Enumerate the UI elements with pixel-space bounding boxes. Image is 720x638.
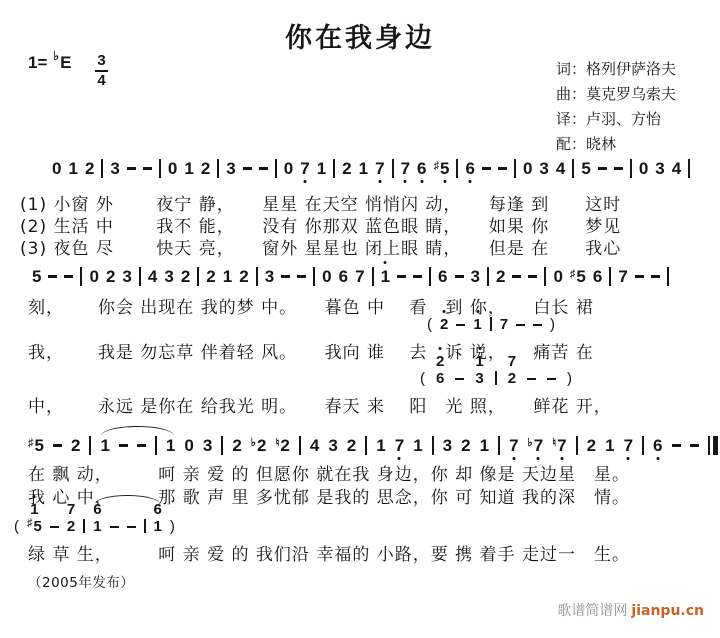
note: 4 [556, 160, 565, 177]
duration-dash [482, 167, 491, 170]
octave-dot-low [420, 180, 423, 183]
note: 2 [106, 268, 115, 285]
note: 0 [168, 160, 177, 177]
barline [299, 436, 301, 455]
note-number: 7 [300, 160, 309, 177]
duration-dash [614, 167, 623, 170]
barline [80, 267, 82, 286]
note-number: 2 [232, 437, 241, 454]
note-number: 2 [85, 160, 94, 177]
note-number: 1 [381, 268, 390, 285]
note-number: 2 [347, 437, 356, 454]
duration-dash [635, 275, 644, 278]
note-number: 3 [110, 160, 119, 177]
note-number: 1 [68, 160, 77, 177]
credit-row-3: 配：晓林 [556, 132, 676, 157]
key-note: E [60, 53, 71, 73]
note: 1 [30, 502, 38, 517]
chord-top: 1 [30, 502, 38, 517]
octave-dot-low [404, 180, 407, 183]
note: 2 [436, 354, 444, 369]
note-number: 7 [509, 437, 518, 454]
note-number: 5 [440, 160, 449, 177]
note-number: 0 [284, 160, 293, 177]
parenthesis: ( [14, 519, 19, 534]
barline [155, 436, 157, 455]
note: 0 [553, 268, 562, 285]
note: 4 [148, 268, 157, 285]
note-number: 2 [67, 519, 75, 534]
note: 1 [100, 437, 109, 454]
note-number: 7 [67, 502, 75, 517]
duration-dash [110, 526, 119, 529]
note: 6 [653, 437, 662, 454]
note-number: 1 [605, 437, 614, 454]
release-note: （2005年发布） [28, 571, 134, 591]
chord-top: 2 [436, 354, 444, 369]
chord-top: 7 [508, 354, 516, 369]
credit-label: 配： [556, 132, 586, 157]
accidental-natural: ♮ [275, 437, 279, 449]
note-number: 3 [265, 268, 274, 285]
chord-bottom: ♯5 [27, 519, 42, 534]
credits-block: 词：格列伊萨洛夫曲：莫克罗乌索夫译：卢羽、方怡配：晓林 [556, 57, 676, 157]
note: 2 [587, 437, 596, 454]
note: 0 [52, 160, 61, 177]
duration-dash [455, 275, 464, 278]
note: 2 [71, 437, 80, 454]
note: 3 [475, 371, 483, 386]
credit-name: 莫克罗乌索夫 [586, 82, 676, 107]
note: 5 [32, 268, 41, 285]
watermark: 歌谱简谱网jianpu.cn [557, 600, 704, 620]
note: 6 [593, 268, 602, 285]
note-number: 6 [436, 371, 444, 386]
note: 2 [232, 437, 241, 454]
note-number: 0 [184, 437, 193, 454]
note-number: 0 [168, 160, 177, 177]
note: 1 [317, 160, 326, 177]
credit-name: 晓林 [586, 132, 616, 157]
barline [514, 159, 516, 178]
final-bar-thin [708, 436, 710, 455]
accidental-sharp: ♯ [570, 268, 576, 280]
barline [139, 267, 141, 286]
note-number: 7 [624, 437, 633, 454]
octave-dot-low [469, 180, 472, 183]
note-number: 2 [461, 437, 470, 454]
chord: 1♯5 [27, 502, 42, 534]
note-number: 1 [413, 437, 422, 454]
note: 2 [181, 268, 190, 285]
time-numerator: 3 [95, 53, 107, 72]
harmony-line-3: (1♯5726161) [14, 502, 175, 534]
parenthesis: ) [550, 317, 555, 332]
note: 7 [401, 160, 410, 177]
note-number: 1 [154, 519, 162, 534]
note-number: 2 [206, 268, 215, 285]
note: 6 [436, 371, 444, 386]
duration-dash [672, 444, 681, 447]
note-number: 2 [181, 268, 190, 285]
note: 3 [122, 268, 131, 285]
note-number: 7 [355, 268, 364, 285]
chord: 61 [154, 502, 162, 534]
time-signature: 3 4 [95, 53, 107, 89]
note-number: 3 [328, 437, 337, 454]
note: 1 [223, 268, 232, 285]
duration-dash [119, 444, 128, 447]
barline [456, 159, 458, 178]
barline [392, 159, 394, 178]
note-number: 1 [30, 502, 38, 517]
duration-dash [456, 324, 465, 327]
credit-name: 格列伊萨洛夫 [586, 57, 676, 82]
note: 1 [359, 160, 368, 177]
note: 1 [166, 437, 175, 454]
chord-bottom: 6 [436, 371, 444, 386]
note-number: 7 [557, 437, 566, 454]
accidental-flat: ♭ [528, 437, 533, 449]
lyric-verse-3: (3) 夜色 尽 快天 亮， 窗外 星星也 闭上眼 睛， 但是 在 我心 [20, 234, 621, 259]
note-number: 2 [440, 317, 448, 332]
note: 0 [523, 160, 532, 177]
harmony-line-2: (261372) [420, 354, 572, 386]
note: 7 [375, 160, 384, 177]
duration-dash [143, 167, 152, 170]
note-number: 2 [587, 437, 596, 454]
note: 2 [440, 317, 448, 332]
note: 1 [475, 354, 483, 369]
time-denominator: 4 [97, 72, 105, 89]
note: 3 [203, 437, 212, 454]
note-number: 0 [639, 160, 648, 177]
note-number: 3 [203, 437, 212, 454]
duration-dash [533, 324, 542, 327]
final-bar-thick [713, 436, 718, 455]
note: 5 [581, 160, 590, 177]
note-number: 3 [164, 268, 173, 285]
chord: 72 [67, 502, 75, 534]
note: ♭7 [528, 437, 544, 454]
note-number: 1 [475, 354, 483, 369]
tie-arc [101, 426, 173, 436]
credit-row-1: 曲：莫克罗乌索夫 [556, 82, 676, 107]
note-number: 1 [473, 317, 481, 332]
duration-dash [547, 378, 556, 381]
music-line-3: ♯5211032♭2♮24321713217♭7♮72176 [28, 436, 718, 455]
duration-dash [127, 167, 136, 170]
note-number: 1 [93, 519, 101, 534]
note-number: 1 [100, 437, 109, 454]
barline [365, 436, 367, 455]
note: 3 [265, 268, 274, 285]
parenthesis: ( [420, 371, 425, 386]
note-number: 7 [401, 160, 410, 177]
note: 6 [417, 160, 426, 177]
barline [667, 267, 669, 286]
accidental-natural: ♮ [552, 437, 556, 449]
note-number: 0 [52, 160, 61, 177]
note-number: 3 [443, 437, 452, 454]
harmony-line-1: (217) [427, 317, 555, 332]
note-number: 6 [465, 160, 474, 177]
note-number: 5 [32, 268, 41, 285]
note: 7 [355, 268, 364, 285]
note-number: 3 [471, 268, 480, 285]
note: 3 [655, 160, 664, 177]
octave-dot-low [656, 457, 659, 460]
credit-label: 词： [556, 57, 586, 82]
note-number: 4 [310, 437, 319, 454]
note-number: 3 [475, 371, 483, 386]
watermark-site-name: 歌谱简谱网 [557, 603, 627, 619]
duration-dash [137, 444, 146, 447]
note-number: 1 [359, 160, 368, 177]
duration-dash [528, 275, 537, 278]
note-number: 6 [339, 268, 348, 285]
note-number: 2 [106, 268, 115, 285]
note-number: 1 [166, 437, 175, 454]
note: ♯5 [570, 268, 586, 285]
duration-dash [690, 444, 699, 447]
note: 1 [381, 268, 390, 285]
note: 2 [508, 371, 516, 386]
barline [197, 267, 199, 286]
lyric-line-3c: 绿 草 生， 呵 亲 爱 的 我们沿 幸福的 小路，要 携 着手 走过一 生。 [28, 540, 630, 565]
duration-dash [243, 167, 252, 170]
note-number: 1 [376, 437, 385, 454]
note: 1 [184, 160, 193, 177]
music-line-1: 0123012307121776♯560345034 [52, 159, 690, 178]
duration-dash [53, 444, 62, 447]
note-number: 2 [239, 268, 248, 285]
duration-dash [127, 526, 136, 529]
note-number: 5 [576, 268, 585, 285]
duration-dash [651, 275, 660, 278]
note: 3 [471, 268, 480, 285]
note-number: 0 [322, 268, 331, 285]
chord-bottom: 1 [154, 519, 162, 534]
note-number: 7 [375, 160, 384, 177]
octave-dot-low [378, 180, 381, 183]
barline [642, 436, 644, 455]
note-number: 6 [653, 437, 662, 454]
accidental-sharp: ♯ [28, 437, 34, 449]
note-number: 7 [395, 437, 404, 454]
note-number: 4 [148, 268, 157, 285]
note: ♮2 [275, 437, 289, 454]
duration-dash [397, 275, 406, 278]
note-number: 5 [35, 437, 44, 454]
note: ♮7 [552, 437, 566, 454]
note-number: 6 [417, 160, 426, 177]
duration-dash [281, 275, 290, 278]
lyric-line-2a: 刻， 你会 出现在 我的梦 中。 暮色 中 看 到 你， 白长 裙 [28, 293, 594, 318]
note: 3 [328, 437, 337, 454]
note-number: 0 [553, 268, 562, 285]
note-number: 2 [436, 354, 444, 369]
note: 0 [322, 268, 331, 285]
credit-label: 译： [556, 107, 586, 132]
duration-dash [48, 275, 57, 278]
barline [333, 159, 335, 178]
octave-dot-low [303, 180, 306, 183]
credit-row-0: 词：格列伊萨洛夫 [556, 57, 676, 82]
credit-label: 曲： [556, 82, 586, 107]
song-title: 你在我身边 [0, 16, 720, 55]
note-number: 2 [280, 437, 289, 454]
final-barline [708, 436, 718, 455]
note: 1 [93, 519, 101, 534]
note-number: 3 [226, 160, 235, 177]
note-number: 1 [317, 160, 326, 177]
note-number: 7 [500, 317, 508, 332]
note: ♯5 [434, 160, 450, 177]
note: 3 [110, 160, 119, 177]
accidental-sharp: ♯ [27, 517, 33, 529]
note: 7 [624, 437, 633, 454]
barline [630, 159, 632, 178]
barline [544, 267, 546, 286]
note: ♯5 [27, 519, 42, 534]
note: 1 [473, 317, 481, 332]
note-number: 5 [34, 519, 42, 534]
flat-icon: ♭ [53, 49, 59, 63]
note-number: 6 [438, 268, 447, 285]
barline [372, 267, 374, 286]
note: 3 [226, 160, 235, 177]
duration-dash [527, 378, 536, 381]
note: 0 [184, 437, 193, 454]
note-number: 7 [508, 354, 516, 369]
note-number: 2 [71, 437, 80, 454]
note: 1 [605, 437, 614, 454]
accidental-flat: ♭ [251, 437, 256, 449]
note: 7 [500, 317, 508, 332]
barline [221, 436, 223, 455]
barline [256, 267, 258, 286]
barline [83, 519, 85, 533]
note: 2 [67, 519, 75, 534]
parenthesis: ( [427, 317, 432, 332]
note: 6 [438, 268, 447, 285]
note: 2 [461, 437, 470, 454]
note: 7 [395, 437, 404, 454]
note: 2 [85, 160, 94, 177]
chord-bottom: 2 [508, 371, 516, 386]
note-number: 2 [496, 268, 505, 285]
barline [576, 436, 578, 455]
octave-dot-high [443, 310, 446, 313]
chord-top: 1 [475, 354, 483, 369]
barline [89, 436, 91, 455]
octave-dot-high [478, 347, 481, 350]
barline [432, 436, 434, 455]
lyric-line-3a: 在 飘 动， 呵 亲 爱 的 但愿你 就在我 身边，你 却 像是 天边星 星。 [28, 460, 630, 485]
note-number: 4 [672, 160, 681, 177]
barline [487, 267, 489, 286]
note: 2 [239, 268, 248, 285]
note: 0 [89, 268, 98, 285]
note-number: 2 [201, 160, 210, 177]
note: 1 [376, 437, 385, 454]
note: 2 [496, 268, 505, 285]
barline [495, 371, 497, 385]
note-number: 2 [342, 160, 351, 177]
duration-dash [598, 167, 607, 170]
note: 7 [509, 437, 518, 454]
note-number: 1 [223, 268, 232, 285]
note: 2 [201, 160, 210, 177]
note-number: 3 [539, 160, 548, 177]
note: 7 [508, 354, 516, 369]
duration-dash [297, 275, 306, 278]
note: 3 [164, 268, 173, 285]
chord: 13 [475, 354, 483, 386]
credit-row-2: 译：卢羽、方怡 [556, 107, 676, 132]
barline [159, 159, 161, 178]
note: 7 [300, 160, 309, 177]
accidental-sharp: ♯ [434, 160, 440, 172]
barline [429, 267, 431, 286]
note: 0 [639, 160, 648, 177]
note: 1 [68, 160, 77, 177]
octave-dot-high [384, 261, 387, 264]
duration-dash [455, 378, 464, 381]
note-number: 1 [480, 437, 489, 454]
note: 1 [413, 437, 422, 454]
music-line-2: 5023432212306716320♯567 [32, 267, 669, 286]
duration-dash [64, 275, 73, 278]
octave-dot-high [439, 347, 442, 350]
octave-dot-high [33, 495, 36, 498]
key-prefix: 1= [28, 53, 47, 73]
chord-bottom: 3 [475, 371, 483, 386]
note: 2 [342, 160, 351, 177]
duration-dash [516, 324, 525, 327]
duration-dash [259, 167, 268, 170]
duration-dash [512, 275, 521, 278]
note: 3 [539, 160, 548, 177]
duration-dash [413, 275, 422, 278]
chord-bottom: 2 [67, 519, 75, 534]
barline [688, 159, 690, 178]
note-number: 3 [655, 160, 664, 177]
barline [498, 436, 500, 455]
chord: 61 [93, 502, 101, 534]
note: 3 [443, 437, 452, 454]
note-number: 2 [257, 437, 266, 454]
note-number: 7 [534, 437, 543, 454]
note: 4 [310, 437, 319, 454]
note-number: 7 [618, 268, 627, 285]
octave-dot-low [443, 180, 446, 183]
barline [144, 519, 146, 533]
octave-dot-high [476, 310, 479, 313]
note-number: 0 [523, 160, 532, 177]
parenthesis: ) [567, 371, 572, 386]
duration-dash [498, 167, 507, 170]
barline [217, 159, 219, 178]
note: 6 [339, 268, 348, 285]
watermark-site-link[interactable]: jianpu.cn [631, 603, 704, 619]
barline [490, 317, 492, 331]
note: ♭2 [251, 437, 267, 454]
note: 0 [284, 160, 293, 177]
note-number: 4 [556, 160, 565, 177]
chord: 72 [508, 354, 516, 386]
